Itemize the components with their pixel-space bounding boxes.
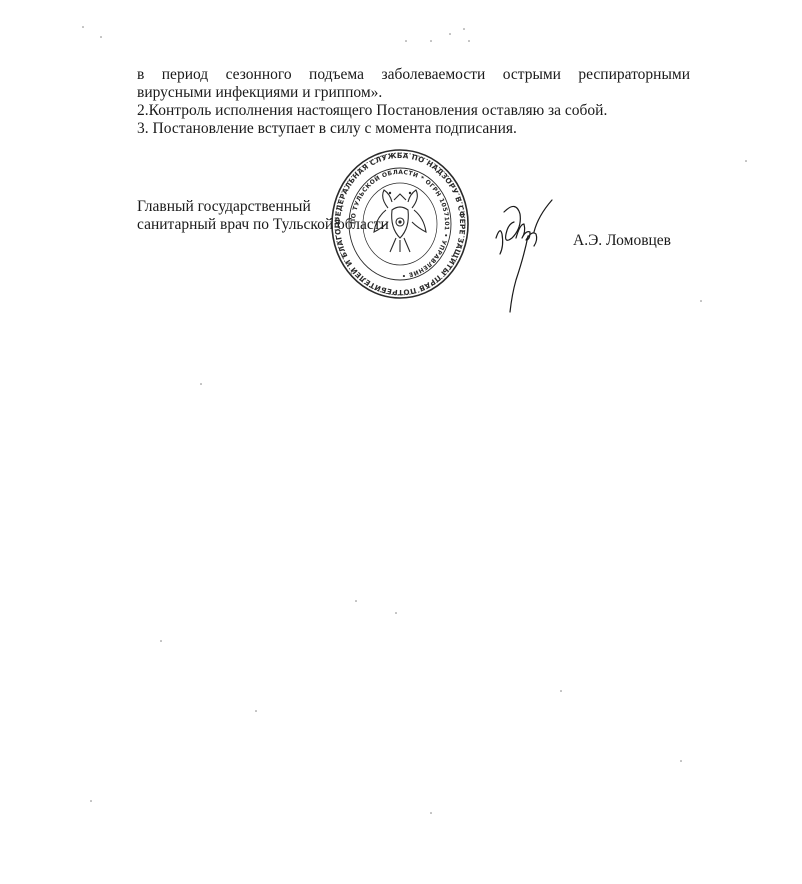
scan-speck — [405, 40, 407, 42]
scan-speck — [745, 160, 747, 162]
scan-speck — [700, 300, 702, 302]
scan-speck — [355, 600, 357, 602]
scan-speck — [430, 812, 432, 814]
scan-speck — [160, 640, 162, 642]
scan-speck — [255, 710, 257, 712]
svg-text:ПО ТУЛЬСКОЙ ОБЛАСТИ * ОГРН 105: ПО ТУЛЬСКОЙ ОБЛАСТИ * ОГРН 1057101 • УПР… — [350, 169, 450, 279]
scan-speck — [82, 26, 84, 28]
scan-speck — [468, 40, 470, 42]
scan-speck — [680, 760, 682, 762]
scan-speck — [395, 612, 397, 614]
scan-speck — [449, 33, 451, 35]
scan-speck — [430, 40, 432, 42]
paragraph-item-2: 2.Контроль исполнения настоящего Постано… — [137, 102, 690, 120]
handwritten-signature — [494, 190, 554, 315]
document-body: в период сезонного подъема заболеваемост… — [137, 66, 690, 138]
document-page: в период сезонного подъема заболеваемост… — [0, 0, 802, 884]
scan-speck — [200, 383, 202, 385]
official-seal-icon: ФЕДЕРАЛЬНАЯ СЛУЖБА ПО НАДЗОРУ В СФЕРЕ ЗА… — [330, 148, 470, 300]
paragraph-continuation-line-1: в период сезонного подъема заболеваемост… — [137, 66, 690, 84]
scan-speck — [100, 36, 102, 38]
paragraph-item-3: 3. Постановление вступает в силу с момен… — [137, 120, 690, 138]
scan-speck — [463, 28, 465, 30]
scan-speck — [90, 800, 92, 802]
scan-speck — [560, 690, 562, 692]
paragraph-continuation-line-2: вирусными инфекциями и гриппом». — [137, 84, 690, 102]
signer-name: А.Э. Ломовцев — [573, 232, 671, 250]
